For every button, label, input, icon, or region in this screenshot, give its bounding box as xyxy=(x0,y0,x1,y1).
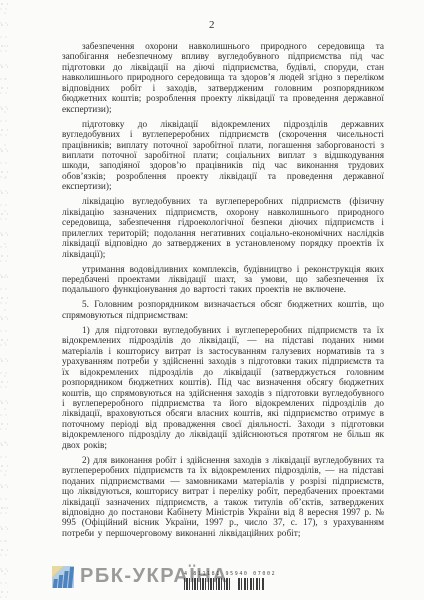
page-number: 2 xyxy=(0,0,424,31)
paragraph-water-drainage: утримання водовідливних комплексів, буді… xyxy=(62,265,384,296)
paragraph-item-2: 2) для виконання робіт і здійснення захо… xyxy=(62,456,384,540)
paragraph-preparation-liquidation: підготовку до ліквідації відокремлених п… xyxy=(62,120,384,193)
bar-chart-icon xyxy=(53,566,74,588)
paragraph-item-1: 1) для підготовки вугледобувних і вуглеп… xyxy=(62,326,384,451)
paragraph-liquidation-enterprises: ліквідацію вугледобувних та вуглеперероб… xyxy=(62,197,384,260)
footer: РБК-УКРАЇНА 4 811181 95940 07002 xyxy=(0,560,424,600)
barcode-digits: 4 811181 95940 07002 xyxy=(184,571,280,577)
scan-edge-noise xyxy=(0,0,8,600)
paragraph-environment-protection: забезпечення охорони навколишнього приро… xyxy=(62,42,384,115)
barcode: 4 811181 95940 07002 xyxy=(184,571,280,590)
paragraph-section-5: 5. Головним розпорядником визначається о… xyxy=(62,300,384,321)
document-text: забезпечення охорони навколишнього приро… xyxy=(62,42,384,556)
barcode-bars-icon xyxy=(184,578,280,590)
rbc-logo-icon xyxy=(52,566,74,588)
